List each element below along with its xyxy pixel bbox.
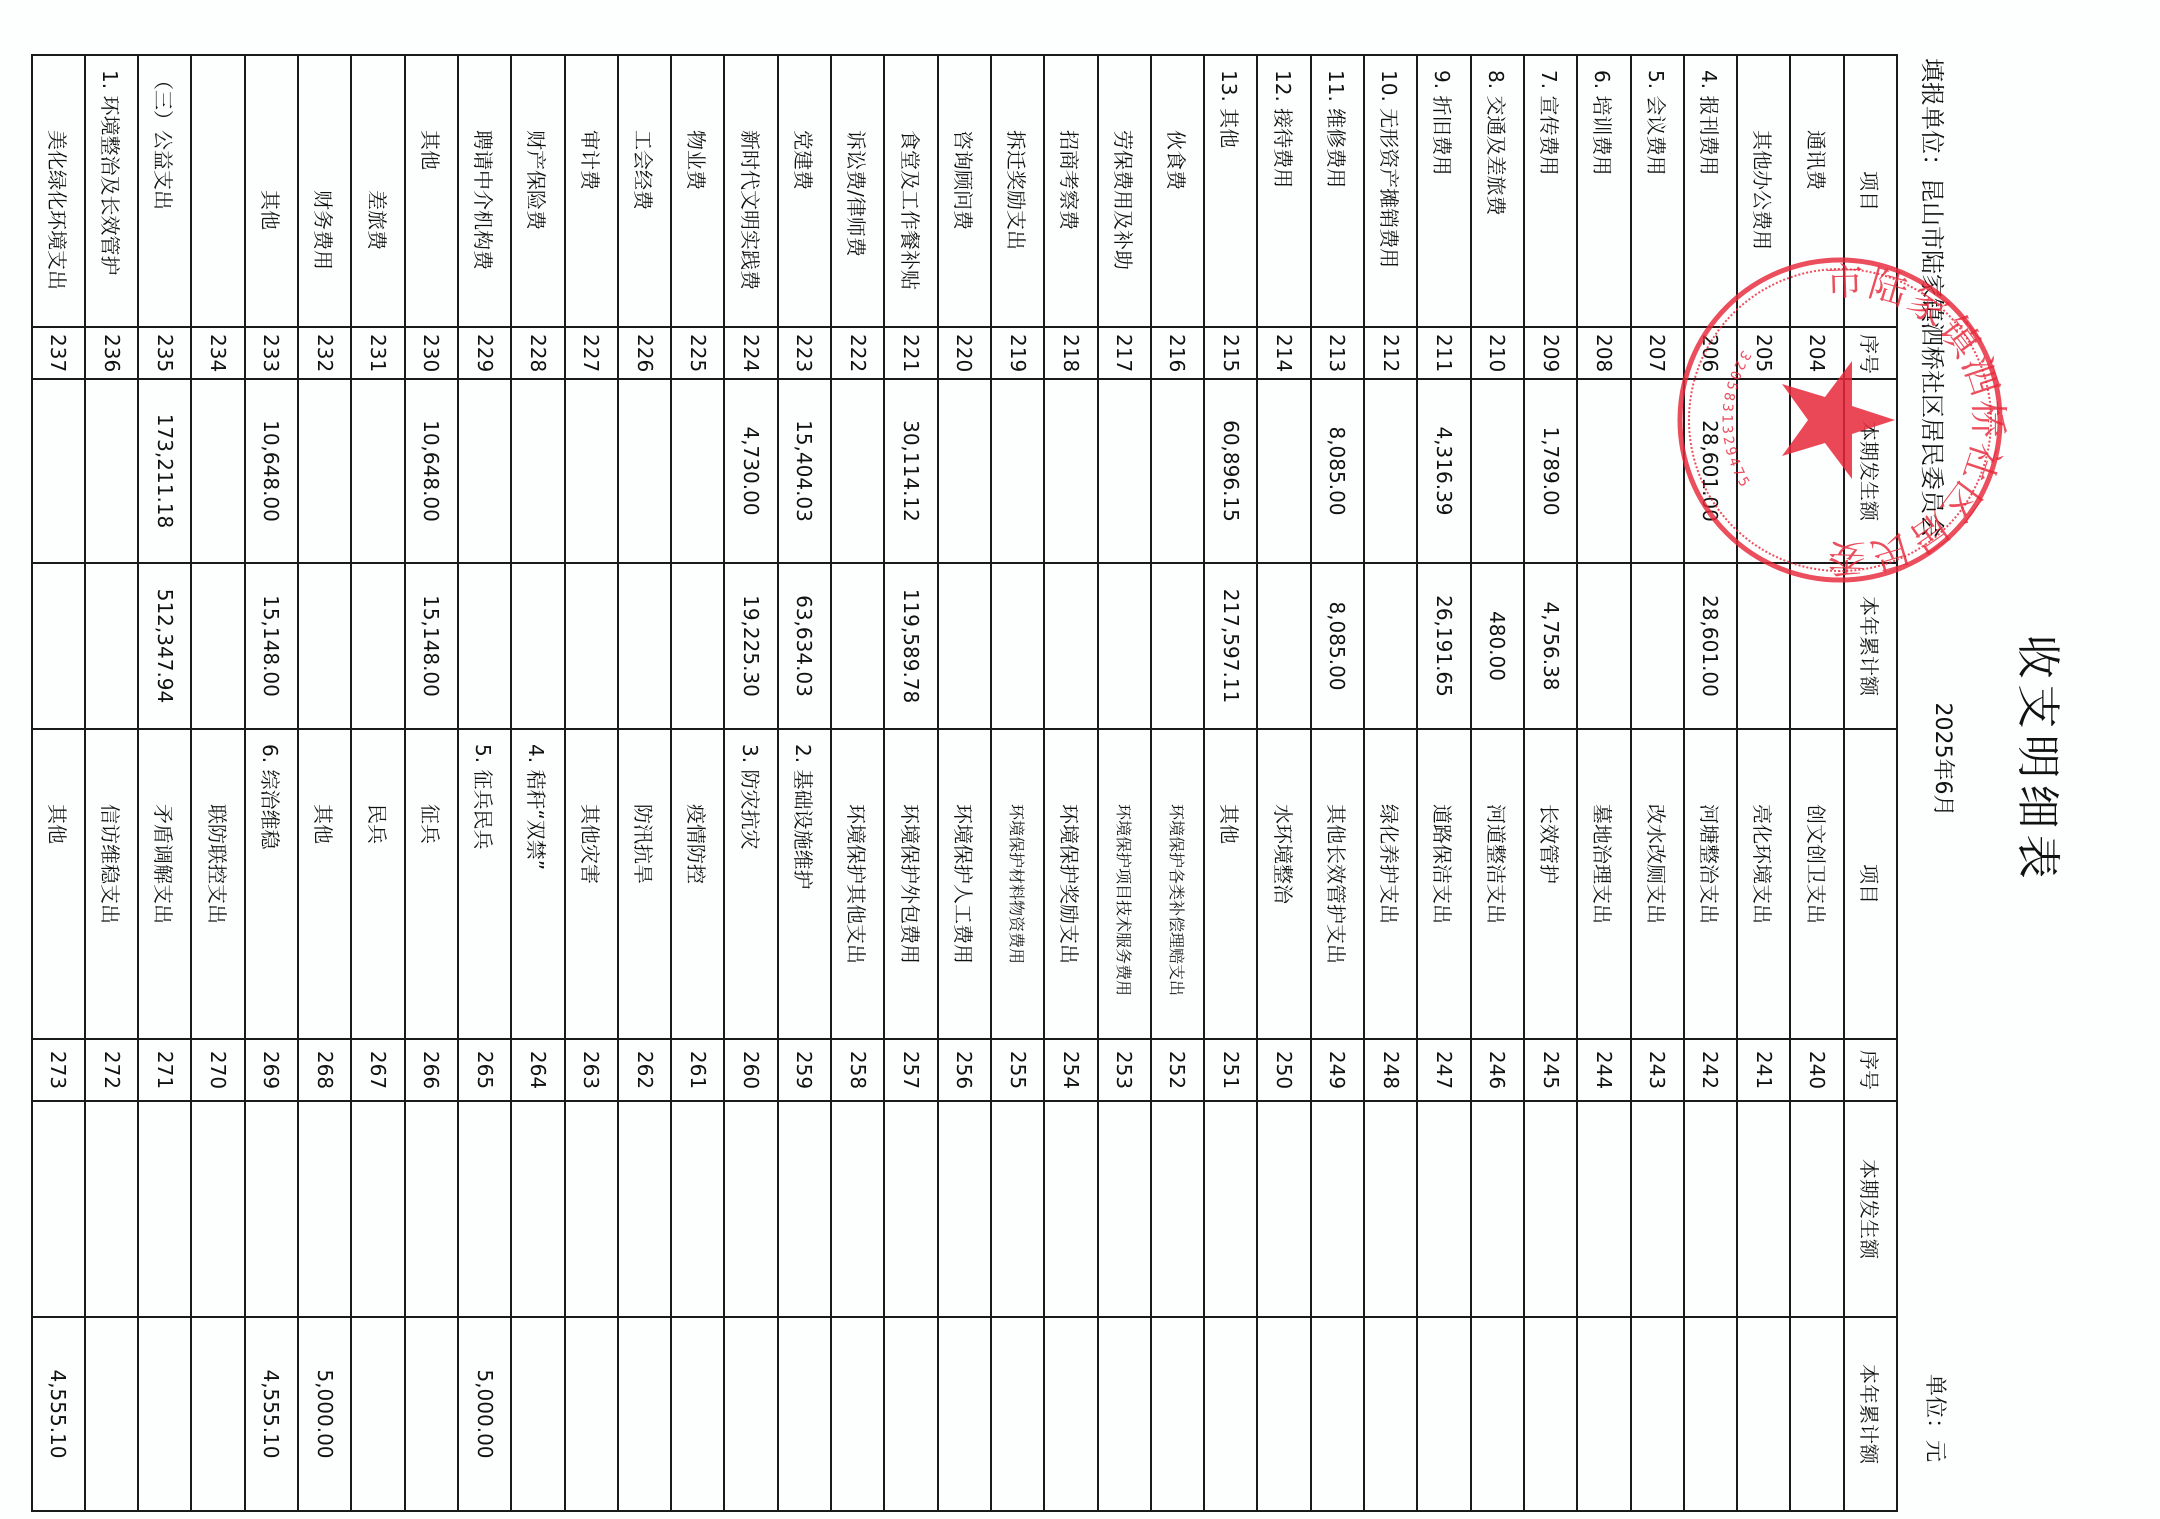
table-row: 1. 环境整治及长效管护236信访维稳支出272 [85,55,138,1511]
seq-cell: 214 [1257,327,1310,379]
item-name-cell: 其他灾害 [565,729,618,1039]
current-amount-cell [778,1101,831,1317]
column-header-current: 本期发生额 [1844,1101,1897,1317]
table-row: 其他23310,648.0015,148.006. 综治维稳2694,555.1… [245,55,298,1511]
current-amount-cell [671,379,724,563]
ytd-amount-cell [298,563,351,729]
seq-cell: 265 [458,1039,511,1101]
table-row: 5. 会议费用207改水改厕支出243 [1631,55,1684,1511]
current-amount-cell: 8,085.00 [1311,379,1364,563]
item-name-cell: 墓地治理支出 [1577,729,1630,1039]
seq-cell: 231 [351,327,404,379]
current-amount-cell: 10,648.00 [405,379,458,563]
item-name-cell: 征兵 [405,729,458,1039]
item-name-cell: 伙食费 [1151,55,1204,327]
item-name-cell: 劳保费用及补助 [1098,55,1151,327]
item-name-cell: 9. 折旧费用 [1417,55,1470,327]
seq-cell: 243 [1631,1039,1684,1101]
ytd-amount-cell [1311,1317,1364,1511]
current-amount-cell [1044,379,1097,563]
table-row: 6. 培训费用208墓地治理支出244 [1577,55,1630,1511]
current-amount-cell [1737,1101,1790,1317]
current-amount-cell [565,379,618,563]
ytd-amount-cell [192,1317,245,1511]
seq-cell: 240 [1790,1039,1843,1101]
ytd-amount-cell [1790,1317,1843,1511]
ytd-amount-cell [991,563,1044,729]
item-name-cell: 环境保护其他支出 [831,729,884,1039]
seq-cell: 227 [565,327,618,379]
seq-cell: 216 [1151,327,1204,379]
current-amount-cell [32,1101,85,1317]
ytd-amount-cell [138,1317,191,1511]
ytd-amount-cell [1364,1317,1417,1511]
current-amount-cell [1471,1101,1524,1317]
table-row: 通讯费204创文创卫支出240 [1790,55,1843,1511]
current-amount-cell: 15,404.03 [778,379,831,563]
current-amount-cell [671,1101,724,1317]
ytd-amount-cell [671,1317,724,1511]
ytd-amount-cell [938,1317,991,1511]
ytd-amount-cell [511,1317,564,1511]
seq-cell: 237 [32,327,85,379]
ytd-amount-cell [778,1317,831,1511]
item-name-cell: 环境保护项目技术服务费用 [1098,729,1151,1039]
table-row: 聘请中介机构费2295. 征兵民兵2655,000.00 [458,55,511,1511]
ytd-amount-cell [511,563,564,729]
item-name-cell: 党建费 [778,55,831,327]
ytd-amount-cell [32,563,85,729]
item-name-cell: 长效管护 [1524,729,1577,1039]
item-name-cell: 环境保护各类补偿理赔支出 [1151,729,1204,1039]
current-amount-cell [1151,379,1204,563]
seq-cell: 236 [85,327,138,379]
seq-cell: 270 [192,1039,245,1101]
currency-unit: 单位：元 [1921,1374,1952,1462]
current-amount-cell [1790,1101,1843,1317]
ytd-amount-cell: 512,347.94 [138,563,191,729]
table-row: 咨询顾问费220环境保护人工费用256 [938,55,991,1511]
seq-cell: 218 [1044,327,1097,379]
current-amount-cell [1311,1101,1364,1317]
current-amount-cell [1524,1101,1577,1317]
current-amount-cell [618,379,671,563]
current-amount-cell [138,1101,191,1317]
current-amount-cell [1204,1101,1257,1317]
current-amount-cell [351,379,404,563]
seq-cell: 212 [1364,327,1417,379]
current-amount-cell [1631,379,1684,563]
item-name-cell: 工会经费 [618,55,671,327]
ytd-amount-cell [192,563,245,729]
item-name-cell: 1. 环境整治及长效管护 [85,55,138,327]
table-row: 工会经费226防汛抗旱262 [618,55,671,1511]
ytd-amount-cell: 63,634.03 [778,563,831,729]
document-page: 收支明细表 2025年6月 填报单位：昆山市陆家镇泗桥社区居民委员会 单位：元 … [0,0,2160,1519]
item-name-cell: 其他 [1204,729,1257,1039]
ytd-amount-cell [1417,1317,1470,1511]
ytd-amount-cell [1204,1317,1257,1511]
current-amount-cell [1790,379,1843,563]
current-amount-cell: 28,601.00 [1684,379,1737,563]
ytd-amount-cell [565,563,618,729]
table-row: 差旅费231民兵267 [351,55,404,1511]
seq-cell: 273 [32,1039,85,1101]
ytd-amount-cell: 5,000.00 [298,1317,351,1511]
seq-cell: 267 [351,1039,404,1101]
seq-cell: 241 [1737,1039,1790,1101]
current-amount-cell: 30,114.12 [884,379,937,563]
seq-cell: 256 [938,1039,991,1101]
current-amount-cell [1631,1101,1684,1317]
seq-cell: 205 [1737,327,1790,379]
ytd-amount-cell [938,563,991,729]
seq-cell: 210 [1471,327,1524,379]
column-header-item: 项目 [1844,729,1897,1039]
current-amount-cell [458,1101,511,1317]
seq-cell: 226 [618,327,671,379]
ytd-amount-cell [85,1317,138,1511]
item-name-cell: 财产保险费 [511,55,564,327]
reporting-unit: 填报单位：昆山市陆家镇泗桥社区居民委员会 [1917,58,1952,538]
current-amount-cell: 4,730.00 [724,379,777,563]
seq-cell: 259 [778,1039,831,1101]
item-name-cell: 7. 宣传费用 [1524,55,1577,327]
ytd-amount-cell: 4,555.10 [32,1317,85,1511]
ytd-amount-cell [884,1317,937,1511]
current-amount-cell [85,1101,138,1317]
ytd-amount-cell [1151,563,1204,729]
table-body: 通讯费204创文创卫支出240其他办公费用205亮化环境支出2414. 报刊费用… [32,55,1844,1511]
table-row: 其他办公费用205亮化环境支出241 [1737,55,1790,1511]
seq-cell: 255 [991,1039,1044,1101]
ytd-amount-cell [1257,563,1310,729]
seq-cell: 249 [1311,1039,1364,1101]
current-amount-cell [405,1101,458,1317]
table-row: 8. 交通及差旅费210480.00河道整洁支出246 [1471,55,1524,1511]
ytd-amount-cell [458,563,511,729]
ytd-amount-cell [1631,563,1684,729]
seq-cell: 213 [1311,327,1364,379]
ytd-amount-cell [565,1317,618,1511]
seq-cell: 223 [778,327,831,379]
item-name-cell: 水环境整治 [1257,729,1310,1039]
current-amount-cell [618,1101,671,1317]
seq-cell: 244 [1577,1039,1630,1101]
item-name-cell [192,55,245,327]
ytd-amount-cell: 5,000.00 [458,1317,511,1511]
income-expense-table: 项目 序号 本期发生额 本年累计额 项目 序号 本期发生额 本年累计额 通讯费2… [31,54,1898,1512]
table-row: 11. 维修费用2138,085.008,085.00其他长效管护支出249 [1311,55,1364,1511]
seq-cell: 254 [1044,1039,1097,1101]
seq-cell: 269 [245,1039,298,1101]
current-amount-cell [831,1101,884,1317]
item-name-cell: 财务费用 [298,55,351,327]
table-row: 9. 折旧费用2114,316.3926,191.65道路保洁支出247 [1417,55,1470,1511]
seq-cell: 204 [1790,327,1843,379]
item-name-cell: 4. 秸秆“双禁” [511,729,564,1039]
item-name-cell: 物业费 [671,55,724,327]
seq-cell: 222 [831,327,884,379]
current-amount-cell [1044,1101,1097,1317]
ytd-amount-cell [1364,563,1417,729]
current-amount-cell [1098,379,1151,563]
ytd-amount-cell: 8,085.00 [1311,563,1364,729]
item-name-cell: 美化绿化环境支出 [32,55,85,327]
item-name-cell: 河道整洁支出 [1471,729,1524,1039]
current-amount-cell [991,1101,1044,1317]
ytd-amount-cell: 26,191.65 [1417,563,1470,729]
item-name-cell: 信访维稳支出 [85,729,138,1039]
current-amount-cell [724,1101,777,1317]
ytd-amount-cell [1631,1317,1684,1511]
current-amount-cell: 10,648.00 [245,379,298,563]
item-name-cell: 绿化养护支出 [1364,729,1417,1039]
item-name-cell: 环境保护人工费用 [938,729,991,1039]
table-row: 党建费22315,404.0363,634.032. 基础设施维护259 [778,55,831,1511]
current-amount-cell [1257,1101,1310,1317]
item-name-cell: 10. 无形资产摊销费用 [1364,55,1417,327]
table-row: 财务费用232其他2685,000.00 [298,55,351,1511]
current-amount-cell [298,379,351,563]
seq-cell: 257 [884,1039,937,1101]
item-name-cell: 诉讼费/律师费 [831,55,884,327]
ytd-amount-cell [618,563,671,729]
table-row: 12. 接待费用214水环境整治250 [1257,55,1310,1511]
ytd-amount-cell: 4,756.38 [1524,563,1577,729]
ytd-amount-cell [618,1317,671,1511]
seq-cell: 220 [938,327,991,379]
current-amount-cell [1737,379,1790,563]
ytd-amount-cell [1151,1317,1204,1511]
table-row: （三）公益支出235173,211.18512,347.94矛盾调解支出271 [138,55,191,1511]
current-amount-cell [511,379,564,563]
table-row: 234联防联控支出270 [192,55,245,1511]
current-amount-cell [1417,1101,1470,1317]
column-header-seq: 序号 [1844,1039,1897,1101]
current-amount-cell [1098,1101,1151,1317]
seq-cell: 258 [831,1039,884,1101]
seq-cell: 225 [671,327,724,379]
item-name-cell: 咨询顾问费 [938,55,991,327]
seq-cell: 268 [298,1039,351,1101]
item-name-cell: 其他 [298,729,351,1039]
ytd-amount-cell [1684,1317,1737,1511]
item-name-cell: 8. 交通及差旅费 [1471,55,1524,327]
item-name-cell: 6. 培训费用 [1577,55,1630,327]
item-name-cell: 其他长效管护支出 [1311,729,1364,1039]
current-amount-cell [192,379,245,563]
seq-cell: 247 [1417,1039,1470,1101]
item-name-cell: 其他办公费用 [1737,55,1790,327]
current-amount-cell [938,379,991,563]
seq-cell: 266 [405,1039,458,1101]
ytd-amount-cell [831,563,884,729]
seq-cell: 228 [511,327,564,379]
item-name-cell: 其他 [245,55,298,327]
table-row: 4. 报刊费用20628,601.0028,601.00河塘整治支出242 [1684,55,1737,1511]
current-amount-cell [85,379,138,563]
ytd-amount-cell [1737,563,1790,729]
seq-cell: 209 [1524,327,1577,379]
seq-cell: 215 [1204,327,1257,379]
current-amount-cell [565,1101,618,1317]
table-row: 7. 宣传费用2091,789.004,756.38长效管护245 [1524,55,1577,1511]
ytd-amount-cell [1044,563,1097,729]
ytd-amount-cell [1737,1317,1790,1511]
column-header-item: 项目 [1844,55,1897,327]
current-amount-cell [511,1101,564,1317]
seq-cell: 260 [724,1039,777,1101]
item-name-cell: 防汛抗旱 [618,729,671,1039]
column-header-seq: 序号 [1844,327,1897,379]
seq-cell: 221 [884,327,937,379]
ytd-amount-cell [1524,1317,1577,1511]
item-name-cell: 拆迁奖励支出 [991,55,1044,327]
page-title: 收支明细表 [2010,0,2074,1519]
ytd-amount-cell: 15,148.00 [245,563,298,729]
ytd-amount-cell: 480.00 [1471,563,1524,729]
item-name-cell: 11. 维修费用 [1311,55,1364,327]
item-name-cell: 6. 综治维稳 [245,729,298,1039]
seq-cell: 217 [1098,327,1151,379]
seq-cell: 219 [991,327,1044,379]
item-name-cell: 聘请中介机构费 [458,55,511,327]
item-name-cell: 民兵 [351,729,404,1039]
seq-cell: 264 [511,1039,564,1101]
item-name-cell: 新时代文明实践费 [724,55,777,327]
current-amount-cell [991,379,1044,563]
current-amount-cell [1577,379,1630,563]
table-row: 财产保险费2284. 秸秆“双禁”264 [511,55,564,1511]
table-row: 新时代文明实践费2244,730.0019,225.303. 防灾抗灾260 [724,55,777,1511]
item-name-cell: 环境保护奖励支出 [1044,729,1097,1039]
table-row: 物业费225疫情防控261 [671,55,724,1511]
column-header-ytd: 本年累计额 [1844,1317,1897,1511]
table-row: 其他23010,648.0015,148.00征兵266 [405,55,458,1511]
ytd-amount-cell [1098,563,1151,729]
item-name-cell: 2. 基础设施维护 [778,729,831,1039]
item-name-cell: 矛盾调解支出 [138,729,191,1039]
item-name-cell: 4. 报刊费用 [1684,55,1737,327]
ytd-amount-cell: 15,148.00 [405,563,458,729]
item-name-cell: 联防联控支出 [192,729,245,1039]
item-name-cell: 环境保护材料物资费用 [991,729,1044,1039]
table-row: 美化绿化环境支出237其他2734,555.10 [32,55,85,1511]
seq-cell: 207 [1631,327,1684,379]
current-amount-cell [938,1101,991,1317]
seq-cell: 211 [1417,327,1470,379]
seq-cell: 248 [1364,1039,1417,1101]
current-amount-cell [298,1101,351,1317]
table-header-row: 项目 序号 本期发生额 本年累计额 项目 序号 本期发生额 本年累计额 [1844,55,1897,1511]
seq-cell: 263 [565,1039,618,1101]
current-amount-cell: 173,211.18 [138,379,191,563]
item-name-cell: 13. 其他 [1204,55,1257,327]
item-name-cell: （三）公益支出 [138,55,191,327]
current-amount-cell [1684,1101,1737,1317]
table-row: 拆迁奖励支出219环境保护材料物资费用255 [991,55,1044,1511]
seq-cell: 261 [671,1039,724,1101]
item-name-cell: 食堂及工作餐补贴 [884,55,937,327]
table-row: 食堂及工作餐补贴22130,114.12119,589.78环境保护外包费用25… [884,55,937,1511]
ytd-amount-cell: 4,555.10 [245,1317,298,1511]
current-amount-cell: 4,316.39 [1417,379,1470,563]
seq-cell: 246 [1471,1039,1524,1101]
item-name-cell: 审计费 [565,55,618,327]
table-row: 劳保费用及补助217环境保护项目技术服务费用253 [1098,55,1151,1511]
current-amount-cell [1364,1101,1417,1317]
item-name-cell: 疫情防控 [671,729,724,1039]
ytd-amount-cell [1257,1317,1310,1511]
item-name-cell: 5. 征兵民兵 [458,729,511,1039]
item-name-cell: 差旅费 [351,55,404,327]
ytd-amount-cell [1577,1317,1630,1511]
ytd-amount-cell [405,1317,458,1511]
seq-cell: 232 [298,327,351,379]
seq-cell: 229 [458,327,511,379]
ytd-amount-cell [671,563,724,729]
item-name-cell: 河塘整治支出 [1684,729,1737,1039]
current-amount-cell [1151,1101,1204,1317]
table-row: 诉讼费/律师费222环境保护其他支出258 [831,55,884,1511]
current-amount-cell [1364,379,1417,563]
seq-cell: 234 [192,327,245,379]
ytd-amount-cell: 119,589.78 [884,563,937,729]
ytd-amount-cell [724,1317,777,1511]
item-name-cell: 5. 会议费用 [1631,55,1684,327]
column-header-current: 本期发生额 [1844,379,1897,563]
seq-cell: 233 [245,327,298,379]
seq-cell: 242 [1684,1039,1737,1101]
item-name-cell: 道路保洁支出 [1417,729,1470,1039]
current-amount-cell [351,1101,404,1317]
item-name-cell: 3. 防灾抗灾 [724,729,777,1039]
seq-cell: 250 [1257,1039,1310,1101]
current-amount-cell [458,379,511,563]
item-name-cell: 改水改厕支出 [1631,729,1684,1039]
seq-cell: 251 [1204,1039,1257,1101]
item-name-cell: 亮化环境支出 [1737,729,1790,1039]
table-row: 招商考察费218环境保护奖励支出254 [1044,55,1097,1511]
current-amount-cell [831,379,884,563]
current-amount-cell [32,379,85,563]
ytd-amount-cell: 19,225.30 [724,563,777,729]
item-name-cell: 通讯费 [1790,55,1843,327]
seq-cell: 272 [85,1039,138,1101]
seq-cell: 224 [724,327,777,379]
ytd-amount-cell [1044,1317,1097,1511]
seq-cell: 230 [405,327,458,379]
item-name-cell: 其他 [32,729,85,1039]
ytd-amount-cell [85,563,138,729]
table-row: 13. 其他21560,896.15217,597.11其他251 [1204,55,1257,1511]
seq-cell: 253 [1098,1039,1151,1101]
seq-cell: 271 [138,1039,191,1101]
seq-cell: 262 [618,1039,671,1101]
item-name-cell: 12. 接待费用 [1257,55,1310,327]
item-name-cell: 创文创卫支出 [1790,729,1843,1039]
item-name-cell: 其他 [405,55,458,327]
ytd-amount-cell [1790,563,1843,729]
ytd-amount-cell: 217,597.11 [1204,563,1257,729]
ytd-amount-cell [351,563,404,729]
ytd-amount-cell [991,1317,1044,1511]
current-amount-cell [1471,379,1524,563]
current-amount-cell [245,1101,298,1317]
item-name-cell: 招商考察费 [1044,55,1097,327]
seq-cell: 208 [1577,327,1630,379]
